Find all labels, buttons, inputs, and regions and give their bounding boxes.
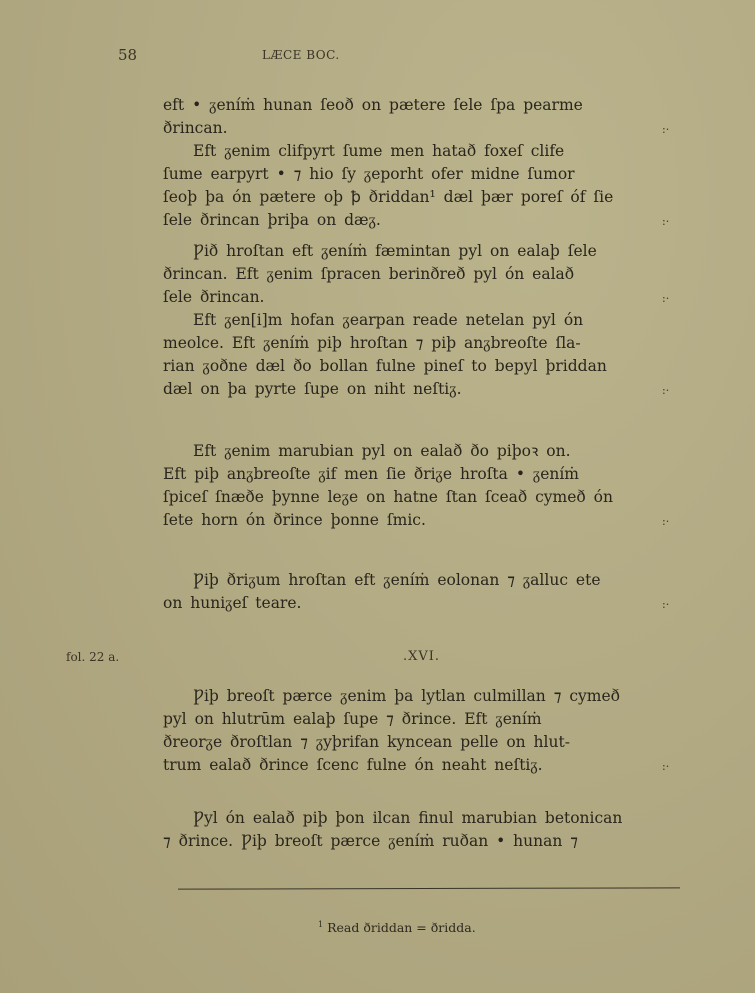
paragraph-end-mark: :· — [662, 215, 669, 228]
footnote-marker: 1 — [318, 920, 323, 929]
footnote-text: Read ðriddan = ðridda. — [327, 920, 476, 935]
text-line: Ƿiþ breoſt pærce ᵹenim þa lytlan culmill… — [193, 686, 620, 706]
text-line: Eft piþ anᵹbreoſte ᵹif men ſie ðriᵹe hro… — [163, 464, 579, 484]
text-line: ſele ðrincan þriþa on dæᵹ. — [163, 210, 381, 230]
text-line: pyl on hlutrūm ealaþ ſupe ⁊ ðrince. Eft … — [163, 709, 542, 729]
paragraph-end-mark: :· — [662, 760, 669, 773]
paragraph-end-mark: :· — [662, 123, 669, 136]
text-line: meolce. Eft ᵹeníṁ piþ hroſtan ⁊ piþ anᵹb… — [163, 333, 581, 353]
text-line: Eft ᵹen[i]m hofan ᵹearpan reade netelan … — [193, 310, 583, 330]
footnote-divider — [178, 887, 680, 889]
text-line: Eft ᵹenim marubian pyl on ealað ðo piþoꝛ… — [193, 441, 571, 461]
text-line: ſele ðrincan. — [163, 287, 264, 307]
text-line: ſume earpyrt • ⁊ hio ſy ᵹeporht ofer mid… — [163, 164, 575, 184]
paragraph-end-mark: :· — [662, 515, 669, 528]
main-text: eft • ᵹeníṁ hunan ſeoð on pætere ſele ſp… — [0, 0, 755, 993]
text-line: ðrincan. — [163, 118, 228, 138]
text-line: trum ealað ðrince ſcenc fulne ón neaht n… — [163, 755, 543, 775]
text-line: ðreorᵹe ðroſtlan ⁊ ᵹyþrifan kyncean pell… — [163, 732, 570, 752]
text-line: eft • ᵹeníṁ hunan ſeoð on pætere ſele ſp… — [163, 95, 583, 115]
folio-margin-note: fol. 22 a. — [66, 650, 119, 664]
text-line: Eft ᵹenim clifpyrt ſume men hatað foxeſ … — [193, 141, 564, 161]
text-line: on huniᵹeſ teare. — [163, 593, 301, 613]
paragraph-end-mark: :· — [662, 384, 669, 397]
section-number: .XVI. — [403, 649, 440, 664]
text-line: ⁊ ðrince. Ƿiþ breoſt pærce ᵹeníṁ ruðan •… — [163, 831, 578, 851]
text-line: ſpiceſ ſnæðe þynne leᵹe on hatne ſtan ſc… — [163, 487, 613, 507]
text-line: ðrincan. Eft ᵹenim ſpracen berinðreð pyl… — [163, 264, 574, 284]
text-line: Ƿyl ón ealað piþ þon ilcan finul marubia… — [193, 808, 622, 828]
footnote: 1 Read ðriddan = ðridda. — [318, 920, 476, 935]
text-line: ſeoþ þa ón pætere oþ ꝥ ðriddan¹ dæl þær … — [163, 187, 613, 207]
text-line: Ƿið hroſtan eft ᵹeníṁ fæmintan pyl on ea… — [193, 241, 597, 261]
text-line: dæl on þa pyrte ſupe on niht neſtiᵹ. — [163, 379, 462, 399]
text-line: ſete horn ón ðrince þonne ſmic. — [163, 510, 426, 530]
text-line: Ƿiþ ðriᵹum hroſtan eft ᵹeníṁ eolonan ⁊ ᵹ… — [193, 570, 601, 590]
text-line: rian ᵹoðne dæl ðo bollan fulne pineſ to … — [163, 356, 607, 376]
paragraph-end-mark: :· — [662, 292, 669, 305]
paragraph-end-mark: :· — [662, 598, 669, 611]
